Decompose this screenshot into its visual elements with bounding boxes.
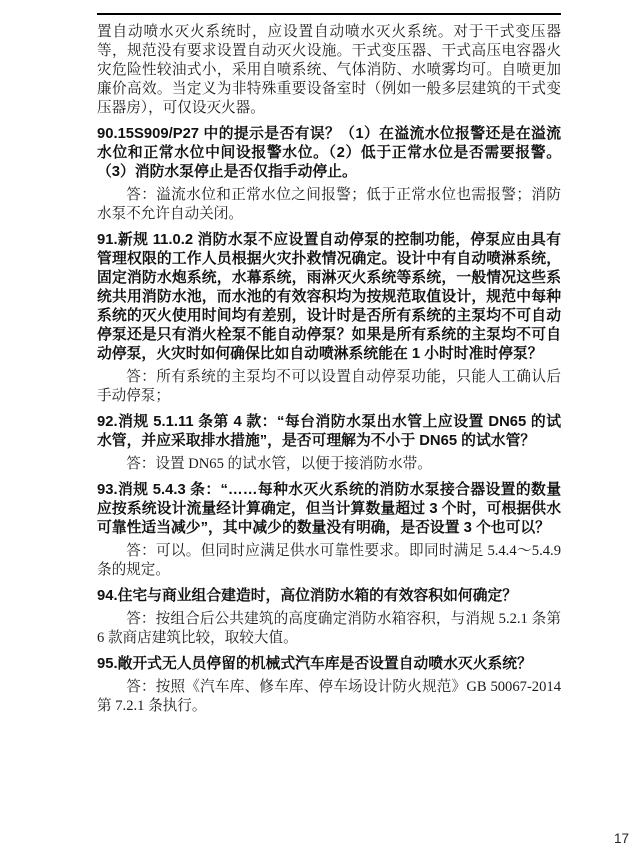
- document-page: 置自动喷水灭火系统时，应设置自动喷水灭火系统。对于干式变压器等，规范没有要求设置…: [0, 0, 640, 852]
- answer-92: 答：设置 DN65 的试水管，以便于接消防水带。: [97, 455, 561, 474]
- top-rule: [97, 13, 561, 15]
- question-92: 92.消规 5.1.11 条第 4 款：“每台消防水泵出水管上应设置 DN65 …: [97, 413, 561, 451]
- page-number: 17: [614, 831, 629, 846]
- answer-93: 答：可以。但同时应满足供水可靠性要求。即同时满足 5.4.4～5.4.9 条的规…: [97, 542, 561, 580]
- answer-91: 答：所有系统的主泵均不可以设置自动停泵功能，只能人工确认后手动停泵；: [97, 368, 561, 406]
- continuation-paragraph: 置自动喷水灭火系统时，应设置自动喷水灭火系统。对于干式变压器等，规范没有要求设置…: [97, 23, 561, 118]
- answer-95: 答：按照《汽车库、修车库、停车场设计防火规范》GB 50067-2014 第 7…: [97, 678, 561, 716]
- question-95: 95.敞开式无人员停留的机械式汽车库是否设置自动喷水灭火系统？: [97, 655, 561, 674]
- question-90: 90.15S909/P27 中的提示是否有误？（1）在溢流水位报警还是在溢流水位…: [97, 125, 561, 182]
- answer-90: 答：溢流水位和正常水位之间报警；低于正常水位也需报警；消防水泵不允许自动关闭。: [97, 186, 561, 224]
- answer-94: 答：按组合后公共建筑的高度确定消防水箱容积，与消规 5.2.1 条第 6 款商店…: [97, 610, 561, 648]
- content-column: 置自动喷水灭火系统时，应设置自动喷水灭火系统。对于干式变压器等，规范没有要求设置…: [97, 13, 561, 723]
- question-93: 93.消规 5.4.3 条：“……每种水灭火系统的消防水泵接合器设置的数量应按系…: [97, 481, 561, 538]
- question-91: 91.新规 11.0.2 消防水泵不应设置自动停泵的控制功能，停泵应由具有管理权…: [97, 231, 561, 364]
- question-94: 94.住宅与商业组合建造时，高位消防水箱的有效容积如何确定？: [97, 587, 561, 606]
